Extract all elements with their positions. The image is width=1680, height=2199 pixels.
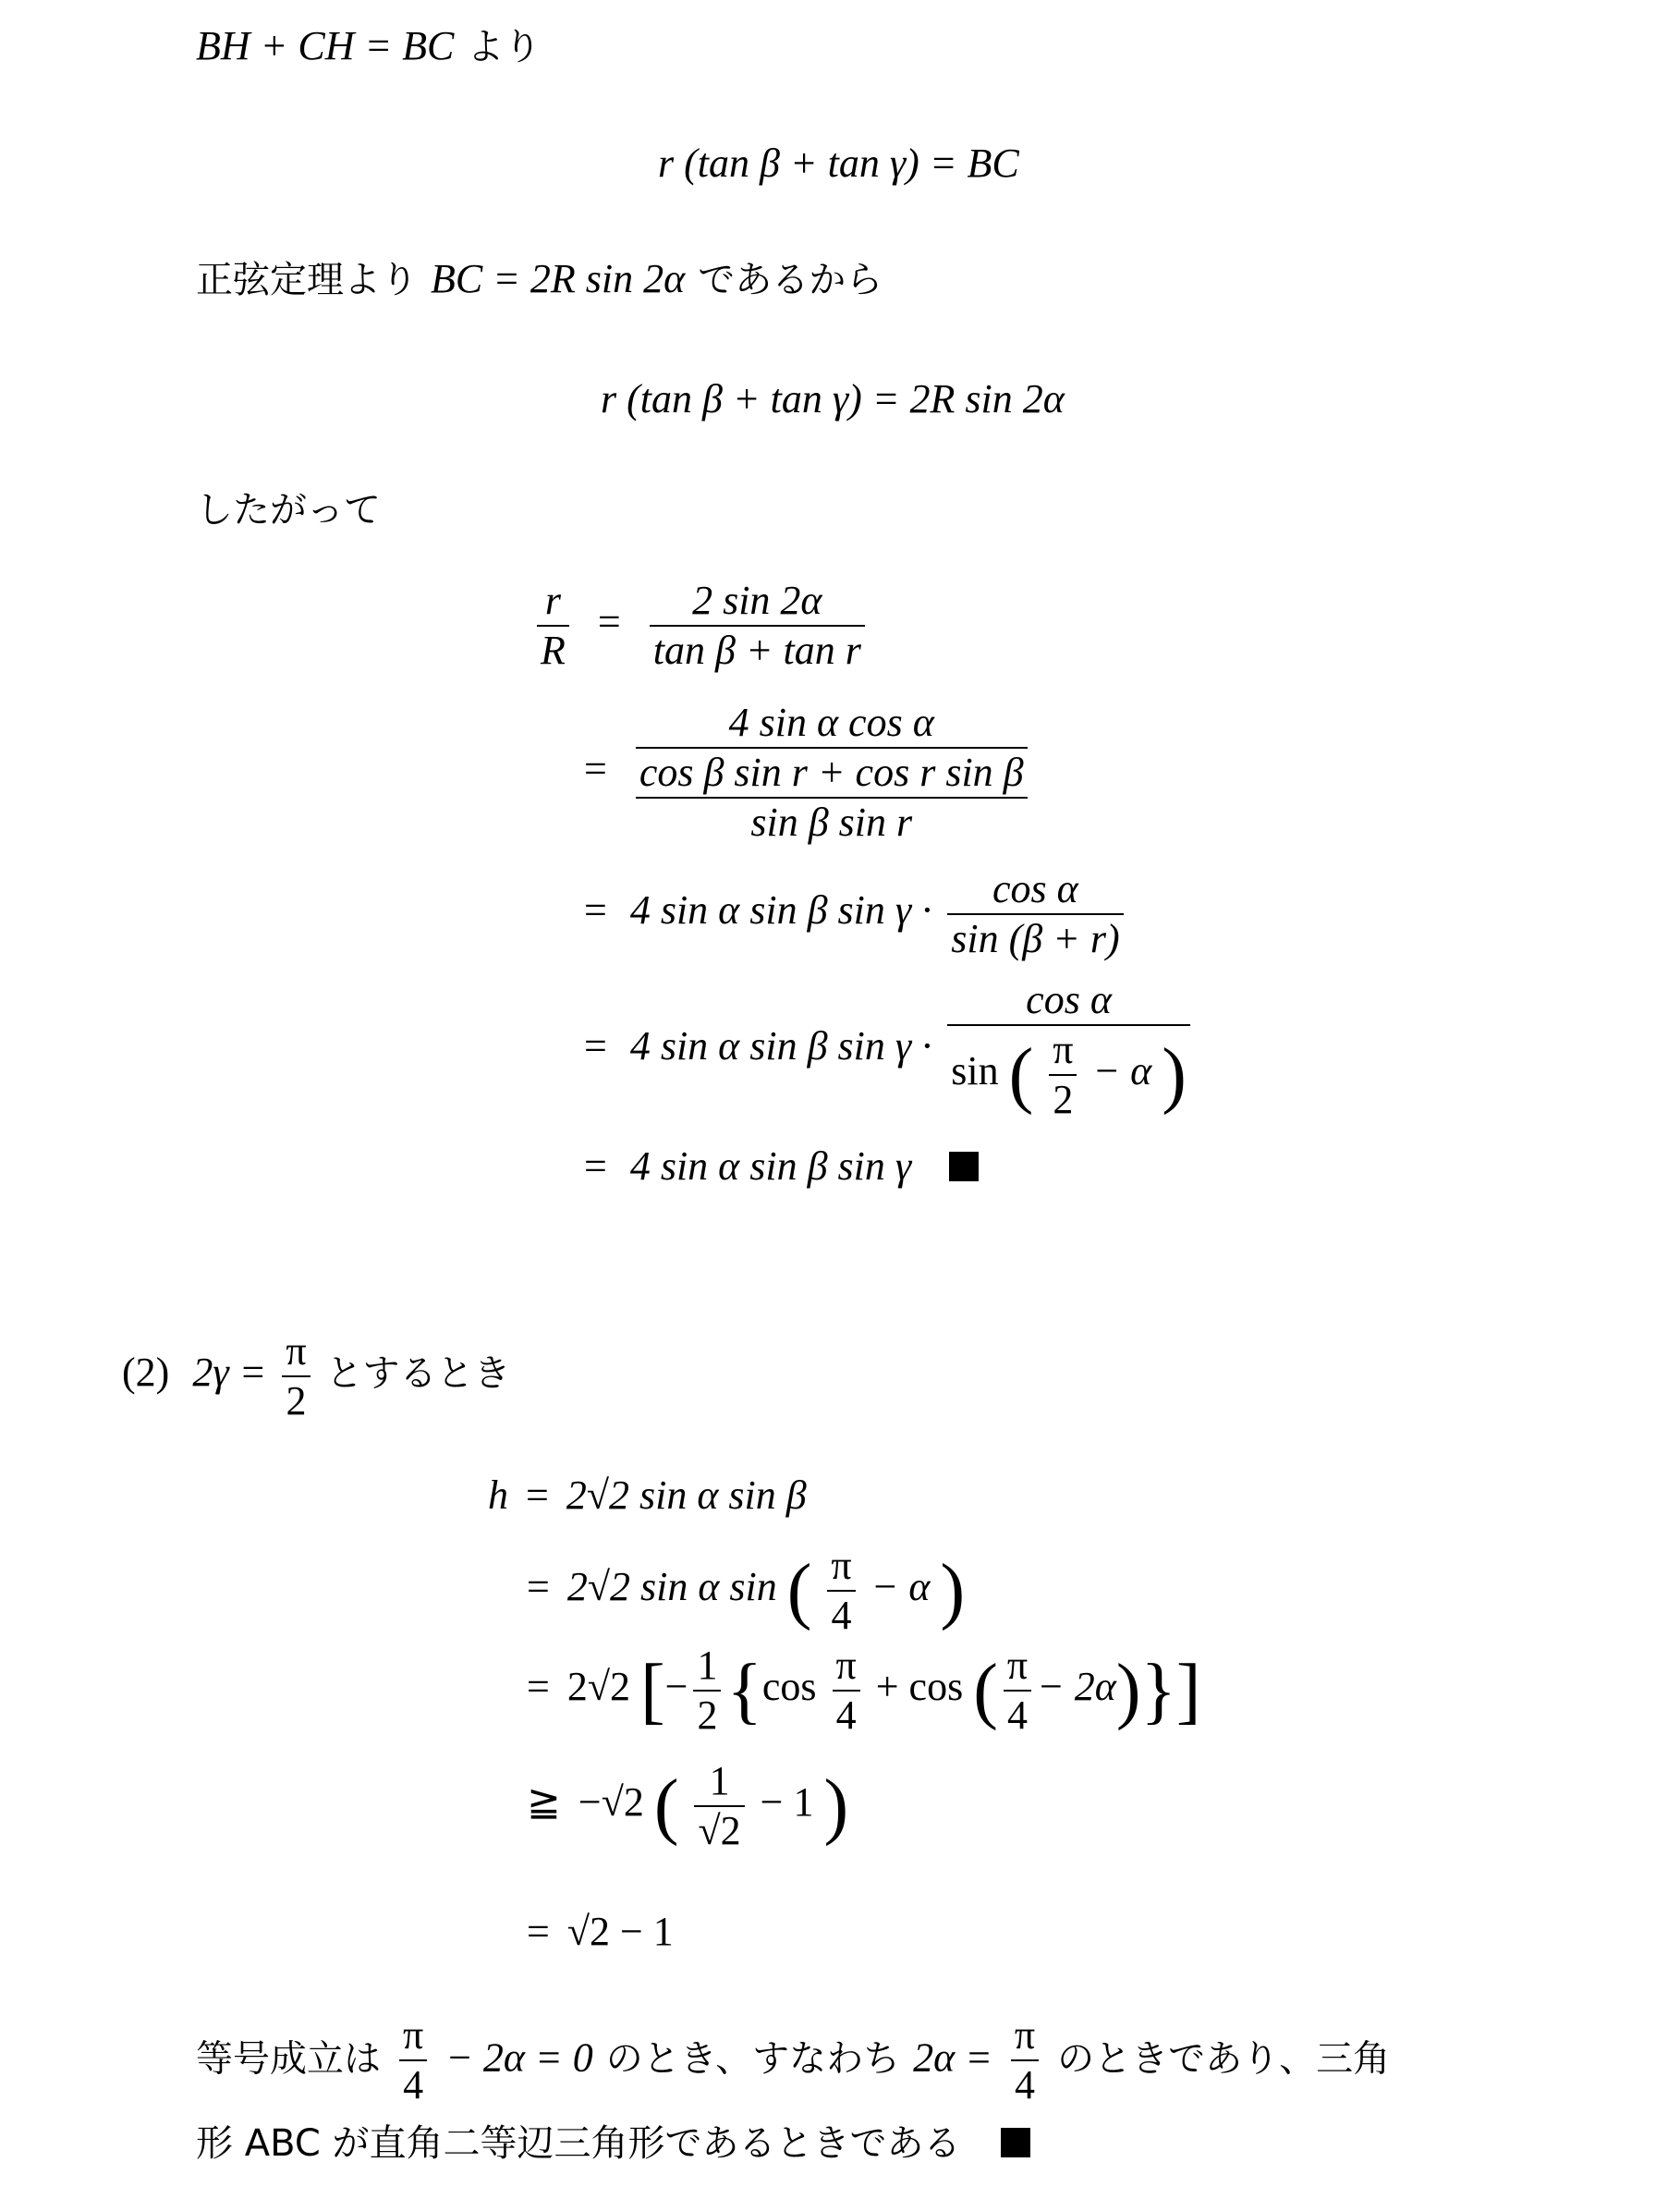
math-2alpha: 2α = (913, 2035, 992, 2081)
minus-alpha: − α (871, 1564, 931, 1609)
fraction-bar (636, 747, 1028, 749)
fraction-bar (694, 1805, 744, 1807)
plus-cos: + cos (876, 1664, 963, 1709)
cos-label: cos (762, 1664, 817, 1709)
right-paren: ) (1116, 1650, 1141, 1731)
frac-num: π (282, 1331, 310, 1372)
frac-num: 4 sin α cos α (725, 702, 938, 743)
text-yori: より (467, 26, 541, 68)
expr-prefix: −√2 (578, 1779, 644, 1825)
sin-label: sin (951, 1048, 998, 1093)
conclusion-line-2: 形 ABC が直角二等辺三角形であるときである (196, 2122, 1030, 2163)
math-mid: − 2α = 0 (445, 2035, 592, 2081)
p2-step-4: ≧ −√2 ( 1 √2 − 1 ) (527, 1761, 848, 1851)
pi-over-2: π 2 (282, 1331, 310, 1422)
frac-num: 1 (706, 1761, 734, 1802)
frac-den: 4 (1004, 1695, 1031, 1736)
final-expr: √2 − 1 (567, 1909, 674, 1954)
frac-den: 4 (399, 2065, 427, 2106)
fraction-bar (1049, 1074, 1077, 1076)
equals-sign: = (527, 1664, 550, 1709)
eq2-rhs: = 2R sin 2α (872, 376, 1065, 421)
right-bracket: ] (1176, 1650, 1201, 1731)
frac-num: π (1004, 1645, 1031, 1686)
expr-prefix: 2√2 sin α sin (567, 1564, 777, 1609)
text-sine-rule: 正弦定理より (196, 259, 418, 301)
left-brace: { (726, 1650, 761, 1731)
fraction-bar (693, 1690, 721, 1692)
fraction-cos-over-sin: cos α sin (β + r) (947, 869, 1123, 959)
conclusion-line-1: 等号成立は π 4 − 2α = 0 のとき、すなわち 2α = π 4 のとき… (196, 2015, 1390, 2106)
text-shitagatte: したがって (196, 492, 381, 529)
lhs-h: h (488, 1472, 508, 1518)
frac-den: sin ( π 2 − α ) (947, 1030, 1190, 1120)
pi-over-4: π 4 (1011, 2015, 1039, 2106)
equals-sign: = (584, 887, 607, 933)
equation-1: r (tan β + tan γ) = BC (658, 143, 1019, 184)
text-notoki: のとき、すなわち (606, 2038, 900, 2081)
right-paren: ) (823, 1765, 848, 1847)
fraction-bar (282, 1375, 310, 1377)
p2-step-5: = √2 − 1 (527, 1912, 674, 1952)
frac-den: sin (β + r) (947, 919, 1123, 959)
frac-num: π (1011, 2015, 1039, 2056)
derivation-step-1: r R = 2 sin 2α tan β + tan r (531, 580, 870, 671)
p2-step-1: h = 2√2 sin α sin β (488, 1475, 807, 1516)
text-dearukara: であるから (698, 259, 883, 301)
equation-2: r (tan β + tan γ) = 2R sin 2α (601, 379, 1065, 420)
one-over-root2: 1 √2 (694, 1761, 744, 1851)
expr-prefix: 4 sin α sin β sin γ · (630, 887, 931, 933)
derivation-step-3: = 4 sin α sin β sin γ · cos α sin (β + r… (584, 869, 1129, 959)
math-bc-2r: BC = 2R sin 2α (431, 256, 685, 301)
frac-num: π (1049, 1030, 1077, 1070)
fraction-bar (1004, 1690, 1031, 1692)
nested-fraction: cos β sin r + cos r sin β sin β sin r (636, 752, 1028, 843)
left-paren: ( (787, 1550, 812, 1631)
minus-2alpha: − 2α (1037, 1664, 1116, 1709)
frac-num: cos β sin r + cos r sin β (636, 752, 1028, 793)
fraction-bar (650, 625, 865, 627)
frac-num: cos α (989, 869, 1082, 910)
fraction-complex: 4 sin α cos α cos β sin r + cos r sin β … (636, 702, 1028, 843)
text-post: のときであり、三角 (1057, 2038, 1390, 2081)
frac-den: 2 (1049, 1080, 1077, 1120)
fraction-bar (399, 2059, 427, 2061)
fraction-bar (636, 797, 1028, 799)
frac-num: cos α (1022, 980, 1115, 1020)
left-paren: ( (973, 1650, 998, 1731)
text-conclusion: 形 ABC が直角二等辺三角形であるときである (196, 2122, 960, 2165)
fraction-bar (833, 1690, 860, 1692)
line-sine-rule: 正弦定理より BC = 2R sin 2α であるから (196, 259, 883, 299)
pi-over-4: π 4 (1004, 1645, 1031, 1736)
frac-den: R (537, 630, 569, 671)
left-paren: ( (1009, 1034, 1034, 1116)
fraction-bar (947, 913, 1123, 915)
pi-over-2: π 2 (1049, 1030, 1077, 1120)
p2-step-2: = 2√2 sin α sin ( π 4 − α ) (527, 1545, 965, 1636)
frac-num: r (542, 580, 565, 621)
right-paren: ) (940, 1550, 965, 1631)
one-half: 1 2 (693, 1645, 721, 1736)
right-paren: ) (1162, 1034, 1187, 1116)
math-2gamma: 2γ = (192, 1350, 266, 1395)
fraction-bar (827, 1590, 855, 1592)
right-brace: } (1141, 1650, 1176, 1731)
eq2-lhs: r (tan β + tan γ) (601, 376, 862, 421)
part-label: (2) (122, 1350, 169, 1395)
derivation-step-4: = 4 sin α sin β sin γ · cos α sin ( π 2 … (584, 980, 1196, 1120)
equals-sign: = (598, 599, 621, 644)
frac-num: π (827, 1545, 855, 1586)
qed-square-icon (1001, 2128, 1030, 2157)
pi-over-4: π 4 (827, 1545, 855, 1636)
derivation-step-5: = 4 sin α sin β sin γ (584, 1146, 979, 1187)
pi-over-4: π 4 (399, 2015, 427, 2106)
frac-den: 4 (828, 1595, 856, 1636)
frac-num: 2 sin 2α (688, 580, 825, 621)
frac-den: √2 (694, 1811, 744, 1851)
math-bh-ch-bc: BH + CH = BC (196, 23, 454, 68)
frac-den: 2 (693, 1695, 721, 1736)
frac-den: sin β sin r (747, 802, 916, 843)
equals-sign: = (584, 1023, 607, 1069)
text-equality: 等号成立は (196, 2038, 381, 2081)
p2-step-3: = 2√2 [− 1 2 {cos π 4 + cos ( π 4 − 2α)}… (527, 1645, 1201, 1736)
eq1-lhs: r (tan β + tan γ) (658, 140, 919, 186)
fraction-bar (537, 625, 569, 627)
left-bracket: [ (640, 1650, 665, 1731)
left-paren: ( (654, 1765, 679, 1847)
qed-square-icon (949, 1152, 979, 1181)
fraction-cos-over-sin-pi2: cos α sin ( π 2 − α ) (947, 980, 1190, 1120)
fraction-bar (1011, 2059, 1039, 2061)
fraction-bar (947, 1024, 1190, 1026)
derivation-step-2: = 4 sin α cos α cos β sin r + cos r sin … (584, 702, 1033, 843)
final-expr: 4 sin α sin β sin γ (630, 1143, 911, 1189)
text-tosurutoki: とするとき (326, 1352, 511, 1395)
frac-num: π (399, 2015, 427, 2056)
equals-sign: = (527, 1564, 550, 1609)
frac-den: 4 (833, 1695, 860, 1736)
frac-den: tan β + tan r (650, 630, 865, 671)
frac-num: 1 (693, 1645, 721, 1686)
frac-den: 4 (1011, 2065, 1039, 2106)
frac-num: π (833, 1645, 860, 1686)
eq1-rhs: = BC (930, 140, 1019, 186)
equals-sign: = (584, 1143, 607, 1189)
expr-prefix: 4 sin α sin β sin γ · (630, 1023, 931, 1069)
frac-den: 2 (282, 1381, 310, 1422)
fraction-2sin2a: 2 sin 2α tan β + tan r (650, 580, 865, 671)
expr: 2√2 sin α sin β (566, 1472, 807, 1518)
part2-header: (2) 2γ = π 2 とするとき (122, 1331, 511, 1422)
geqq-sign: ≧ (527, 1779, 561, 1825)
equals-sign: = (584, 746, 607, 791)
expr-prefix: 2√2 (567, 1664, 630, 1709)
equals-sign: = (526, 1472, 549, 1518)
minus-one: − 1 (761, 1779, 814, 1825)
line-bh-ch: BH + CH = BC より (196, 26, 541, 67)
fraction-r-over-R: r R (537, 580, 569, 671)
minus-alpha: − α (1092, 1048, 1151, 1093)
pi-over-4: π 4 (833, 1645, 860, 1736)
equals-sign: = (527, 1909, 550, 1954)
